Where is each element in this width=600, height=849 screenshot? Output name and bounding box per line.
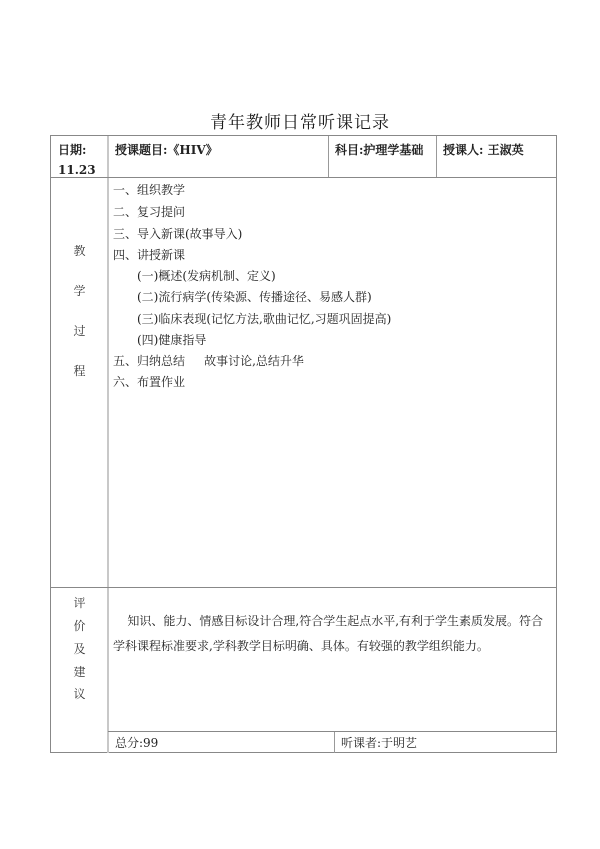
listener-name: 听课者:于明艺 [341, 734, 417, 752]
evaluation-label-char: 建 [51, 663, 108, 680]
date-value: 11.23 [58, 161, 96, 179]
process-item: 五、归纳总结 故事讨论,总结升华 [113, 352, 304, 369]
process-section-divider [51, 587, 556, 588]
subject-field: 科目:护理学基础 [335, 141, 423, 159]
listener-divider [334, 731, 335, 753]
process-item: 四、讲授新课 [113, 246, 185, 263]
lesson-topic: 授课题目:《HIV》 [115, 141, 218, 159]
date-label: 日期: [58, 141, 86, 159]
process-subitem: (一)概述(发病机制、定义) [137, 267, 276, 284]
evaluation-label-char: 价 [51, 617, 108, 634]
page-title: 青年教师日常听课记录 [0, 108, 600, 133]
subject-divider [328, 136, 329, 177]
total-score: 总分:99 [115, 734, 158, 752]
process-item: 二、复习提问 [113, 203, 185, 220]
evaluation-label-char: 及 [51, 640, 108, 657]
teacher-field: 授课人: 王淑英 [443, 141, 524, 159]
process-subitem: (四)健康指导 [137, 331, 206, 348]
process-item: 三、导入新课(故事导入) [113, 225, 242, 242]
process-label-char: 过 [51, 322, 108, 339]
record-table: 日期: 11.23 授课题目:《HIV》 科目:护理学基础 授课人: 王淑英 教… [50, 135, 557, 753]
process-label-char: 程 [51, 362, 108, 379]
evaluation-label-char: 议 [51, 685, 108, 702]
process-item: 一、组织教学 [113, 181, 185, 198]
evaluation-text: 知识、能力、情感目标设计合理,符合学生起点水平,有利于学生素质发展。符合学科课程… [113, 609, 551, 659]
footer-row-divider [108, 731, 556, 732]
process-label-char: 教 [51, 242, 108, 259]
process-label-char: 学 [51, 282, 108, 299]
process-item: 六、布置作业 [113, 373, 185, 390]
process-subitem: (三)临床表现(记忆方法,歌曲记忆,习题巩固提高) [137, 310, 391, 327]
teacher-divider [436, 136, 437, 177]
evaluation-label-char: 评 [51, 594, 108, 611]
label-column-divider [107, 136, 109, 753]
header-row-divider [51, 177, 556, 178]
process-subitem: (二)流行病学(传染源、传播途径、易感人群) [137, 288, 372, 305]
